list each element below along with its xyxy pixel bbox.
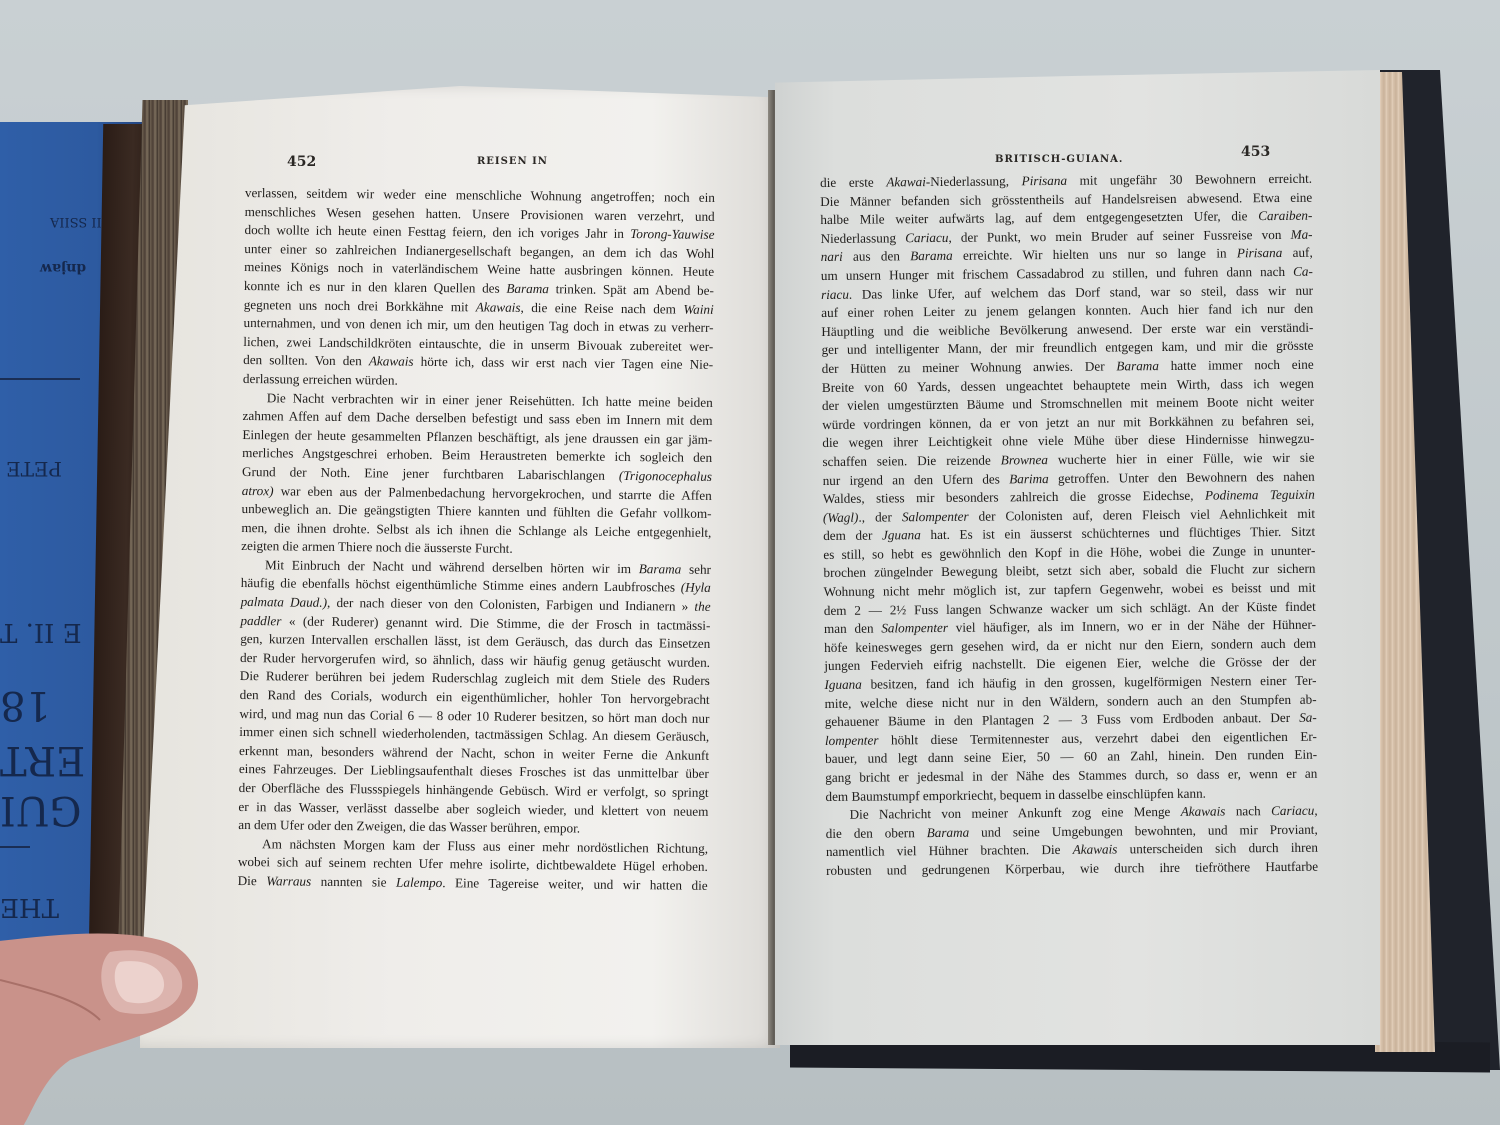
text-segment: doch wollte ich heute einen Festtag feie…: [244, 222, 630, 241]
text-segment: mite, welche diese nicht nur in den Wäld…: [825, 691, 1317, 710]
text-segment: gang bricht er jedesmal in der Nähe des …: [825, 766, 1317, 785]
italic-term: Waini: [683, 301, 713, 316]
italic-term: Ma-: [1290, 226, 1312, 241]
page-text: die erste Akawai-Niederlassung, Pirisana…: [820, 170, 1318, 881]
text-segment: aus den: [843, 249, 911, 265]
text-segment: derlassung erreichen würden.: [243, 371, 398, 388]
italic-term: Barama: [1116, 358, 1159, 373]
italic-term: lompenter: [825, 732, 879, 747]
text-segment: Grund der Noth. Eine jener furchtbaren L…: [242, 464, 619, 483]
text-segment: eines Fahrzeuges. Der Lieblingsaufenthal…: [239, 761, 709, 781]
text-segment: unbeweglich an. Die geängstigten Thiere …: [242, 501, 712, 521]
spine-text: PETE: [6, 457, 62, 481]
text-segment: bauer, und legt dann seine Eier, 50 — 60…: [825, 747, 1317, 766]
italic-term: (Trigonocephalus: [619, 468, 712, 484]
text-segment: viel häufiger, als im Innern, wo er in d…: [948, 617, 1316, 635]
text-segment: um unsern Hunger mit frischem Cassadabro…: [821, 264, 1293, 283]
text-segment: -Niederlassung,: [926, 173, 1022, 189]
text-segment: Die Nacht verbrachten wir in einer jener…: [267, 390, 713, 410]
text-segment: der Hütten zu meiner Wohnung anwies. Der: [822, 358, 1117, 376]
text-segment: trinken. Spät am Abend be-: [549, 281, 714, 298]
italic-term: Sa-: [1299, 710, 1317, 725]
text-segment: merliches Angstgeschrei erhoben. Beim He…: [242, 445, 712, 465]
text-segment: die erste: [820, 174, 886, 190]
text-segment: Waldes, stiess mir besonders zahlreich d…: [823, 488, 1205, 506]
text-segment: , die eine Reise nach dem: [520, 299, 683, 316]
text-segment: Breite von 60 Yards, dessen ungeachtet b…: [822, 375, 1314, 394]
italic-term: (Wagl): [823, 509, 859, 524]
text-segment: brochen züngelnder Bewegung bleibt, setz…: [823, 561, 1315, 580]
text-segment: der Colonisten auf, deren Fleisch viel A…: [969, 505, 1316, 523]
italic-term: Akawais: [1073, 842, 1118, 857]
text-segment: erreichte. Wir hielten uns nur so lange …: [953, 246, 1237, 263]
text-segment: halbe Mile weiter aufwärts lag, auf dem …: [820, 208, 1258, 227]
text-segment: man den: [824, 621, 881, 636]
text-segment: den sollten. Von den: [243, 352, 369, 368]
text-segment: gen, kurzen Intervallen erschallen lässt…: [240, 631, 710, 651]
page-text: verlassen, seitdem wir weder eine mensch…: [238, 184, 715, 895]
text-segment: wucherte hier in einer Fülle, wie wir si…: [1048, 450, 1315, 467]
italic-term: Barima: [1009, 471, 1049, 486]
italic-term: Pirisana: [1022, 173, 1068, 188]
text-segment: nannten sie: [311, 874, 396, 890]
italic-term: Akawais: [476, 299, 521, 314]
text-segment: Die: [238, 873, 267, 888]
italic-term: Barama: [910, 248, 953, 263]
italic-term: Salompenter: [881, 620, 948, 636]
text-segment: namentlich viel Hühner brachten. Die: [826, 842, 1073, 859]
text-segment: sehr: [681, 561, 711, 576]
spine-text: 18: [0, 682, 51, 728]
text-segment: men, die ihnen drohte. Selbst als ich ih…: [241, 520, 711, 540]
text-segment: lichen, zwei Landschildkröten eintauscht…: [243, 334, 713, 354]
text-segment: zahmen Affen auf dem Dache derselben bef…: [242, 408, 712, 428]
text-line: robusten und gedrungenen Körperbau, wie …: [826, 858, 1318, 881]
text-segment: an dem Ufer oder den Zweigen, die das Wa…: [238, 817, 580, 836]
page-number: 453: [1241, 144, 1270, 160]
text-segment: Häuptling und die weibliche Bevölkerung …: [821, 319, 1313, 338]
text-line: Die Warraus nannten sie Lalempo. Eine Ta…: [238, 872, 708, 896]
text-segment: « (der Ruderer) genannt wird. Die Stimme…: [281, 613, 710, 632]
text-segment: hörte ich, dass wir erst nach vier Tagen…: [414, 354, 714, 372]
text-segment: die wegen ihrer Leichtigkeit ohne viele …: [822, 431, 1314, 450]
italic-term: Barama: [506, 281, 549, 296]
text-segment: Niederlassung: [820, 230, 905, 246]
italic-term: Ca-: [1293, 264, 1313, 279]
text-segment: auf einer rohen Leiter zu jenem gelangen…: [821, 301, 1313, 320]
italic-term: Salompenter: [902, 508, 969, 524]
text-segment: dem der: [823, 528, 882, 544]
text-segment: er in das Wasser, verlässt dasselbe aber…: [238, 799, 708, 819]
text-segment: Einlegen der heute gesammelten Pflanzen …: [242, 427, 712, 447]
text-segment: zeigten die armen Thiere noch die äusser…: [241, 538, 513, 556]
italic-term: Pirisana: [1237, 245, 1283, 260]
text-segment: schaffen seien. Die reizende: [822, 452, 1000, 469]
text-segment: Die Männer befanden sich grösstentheils …: [820, 189, 1312, 208]
text-segment: konnte ich es nur in den klaren Quellen …: [244, 278, 507, 296]
text-segment: Die Ruderer berühren bei jedem Ruderschl…: [240, 668, 710, 688]
text-segment: nach: [1225, 803, 1271, 818]
text-segment: unter einer so zahlreichen Indianergesel…: [244, 241, 714, 261]
spine-text: GUI: [0, 787, 81, 833]
text-segment: hat. Es ist ein äusserst schüchternes un…: [921, 524, 1315, 542]
italic-term: Cariacu: [905, 230, 948, 245]
italic-term: Brownea: [1001, 452, 1048, 467]
text-segment: , der nach dieser von den Colonisten, Fa…: [327, 595, 695, 614]
italic-term: Barama: [639, 561, 682, 576]
text-segment: menschliches Wesen gesehen hatten. Unser…: [245, 204, 715, 224]
spine-text: E II. T: [0, 617, 82, 647]
text-segment: mit ungefähr 30 Bewohnern erreicht.: [1067, 171, 1312, 188]
right-page: BRITISCH-GUIANA. 453 die erste Akawai-Ni…: [775, 70, 1380, 1045]
text-segment: dem 2 — 2½ Fuss langen Schwanze wacker u…: [824, 598, 1316, 617]
text-segment: hatte immer noch eine: [1159, 357, 1314, 373]
italic-term: riacu: [821, 286, 849, 301]
text-segment: nur irgend an den Ufern des: [823, 471, 1010, 488]
text-segment: robusten und gedrungenen Körperbau, wie …: [826, 859, 1318, 878]
text-segment: getroffen. Unter den Bewohnern des nahen: [1049, 468, 1315, 485]
text-segment: der vielen umgestürzten Bäume und Stroms…: [822, 394, 1314, 413]
text-segment: immer einen sich schnell wiederholenden,…: [239, 724, 709, 744]
text-segment: höfe keinesweges gern gesehen wird, da e…: [824, 636, 1316, 655]
text-segment: auf,: [1282, 245, 1313, 260]
text-segment: häufig die ebenfalls höchst eigenthümlic…: [241, 575, 681, 595]
spine-text: ERT: [0, 737, 85, 783]
text-segment: , der Punkt, wo mein Bruder auf seiner F…: [948, 227, 1290, 245]
text-segment: unternahmen, und von denen ich mir, um d…: [243, 315, 713, 335]
text-segment: der Ruder hervorgerufen wird, so ähnlich…: [240, 650, 710, 670]
text-segment: wird, und mag nun das Corial 6 — 8 oder …: [239, 706, 709, 726]
text-segment: ., der: [858, 509, 902, 524]
text-segment: würde vordringen können, da er von jetzt…: [822, 412, 1314, 431]
italic-term: Lalempo: [396, 875, 442, 890]
spine-text: III SSIIA: [50, 214, 107, 229]
text-segment: . Eine Tagereise weiter, und wir hatten …: [442, 875, 708, 893]
italic-term: Caraiben-: [1258, 208, 1312, 223]
italic-term: the: [694, 599, 710, 614]
text-segment: meines Königs noch in vaterländischem We…: [244, 259, 714, 279]
text-segment: war eben aus der Palmenbedachung hervorg…: [273, 483, 711, 503]
text-segment: verlassen, seitdem wir weder eine mensch…: [245, 185, 715, 205]
text-segment: dem Baumstumpf emporkriecht, bequem in d…: [825, 785, 1206, 803]
italic-term: Akawais: [369, 354, 414, 369]
left-page: 452 REISEN IN verlassen, seitdem wir wed…: [140, 86, 780, 1048]
text-segment: gegneten uns noch drei Borkkähne mit: [244, 297, 476, 314]
italic-term: palmata Daud.): [241, 594, 328, 610]
text-segment: unterscheiden sich durch ihren: [1117, 840, 1318, 857]
text-segment: jungen Federvieh eifrig nachstellt. Die …: [824, 654, 1316, 673]
italic-term: Barama: [927, 825, 970, 840]
text-segment: Die Nachricht von meiner Ankunft zog ein…: [850, 804, 1181, 822]
text-segment: ger und intelligenter Mann, der mir freu…: [821, 338, 1313, 357]
italic-term: Akawai: [886, 174, 926, 189]
text-segment: die den obern: [826, 825, 927, 841]
italic-term: (Hyla: [681, 580, 711, 595]
italic-term: Iguana: [824, 677, 862, 692]
text-segment: höhlt diese Termitennester aus, verzehrt…: [878, 728, 1317, 747]
text-segment: . Das linke Ufer, auf welchem das Dorf s…: [849, 282, 1313, 301]
spine-rule: [0, 846, 30, 848]
italic-term: nari: [821, 249, 843, 264]
thumb-holding-page: [0, 920, 205, 1125]
italic-term: paddler: [240, 613, 281, 628]
spine-text: THE: [0, 892, 59, 922]
italic-term: Torong-Yauwise: [630, 226, 714, 242]
text-segment: Am nächsten Morgen kam der Fluss aus ein…: [262, 836, 708, 856]
page-number: 452: [287, 154, 316, 170]
italic-term: atrox): [242, 482, 274, 497]
text-segment: den Rand des Corials, wodurch ein eigent…: [240, 687, 710, 707]
text-segment: erkennt man, besonders während der Nacht…: [239, 743, 709, 763]
text-segment: wobei sich auf seinem rechten Ufer mehre…: [238, 854, 708, 874]
text-segment: Mit Einbruch der Nacht und während derse…: [265, 557, 639, 576]
italic-term: Warraus: [266, 873, 311, 888]
text-segment: gehauener Bäume in den Plantagen 2 — 3 F…: [825, 710, 1300, 729]
spine-rule: [0, 378, 80, 380]
text-segment: Wohnung nicht mehr möglich ist, zur tapf…: [824, 580, 1316, 599]
running-head: BRITISCH-GUIANA.: [995, 154, 1123, 165]
running-head: REISEN IN: [477, 156, 548, 167]
italic-term: Podinema Teguixin: [1205, 487, 1315, 503]
text-segment: besitzen, fand ich häufig in den grossen…: [862, 673, 1317, 692]
italic-term: Cariacu: [1271, 803, 1314, 818]
text-segment: ,: [1314, 803, 1317, 818]
spine-text: dnjaw: [40, 260, 86, 276]
italic-term: Akawais: [1181, 804, 1226, 819]
text-segment: der Oberfläche des Flussspiegels hinhäng…: [239, 780, 709, 800]
italic-term: Jguana: [882, 527, 921, 542]
text-segment: und seine Umgebungen bewohnten, und mir …: [969, 821, 1318, 839]
text-segment: es still, so hebt es gewöhnlich den Kopf…: [823, 543, 1315, 562]
